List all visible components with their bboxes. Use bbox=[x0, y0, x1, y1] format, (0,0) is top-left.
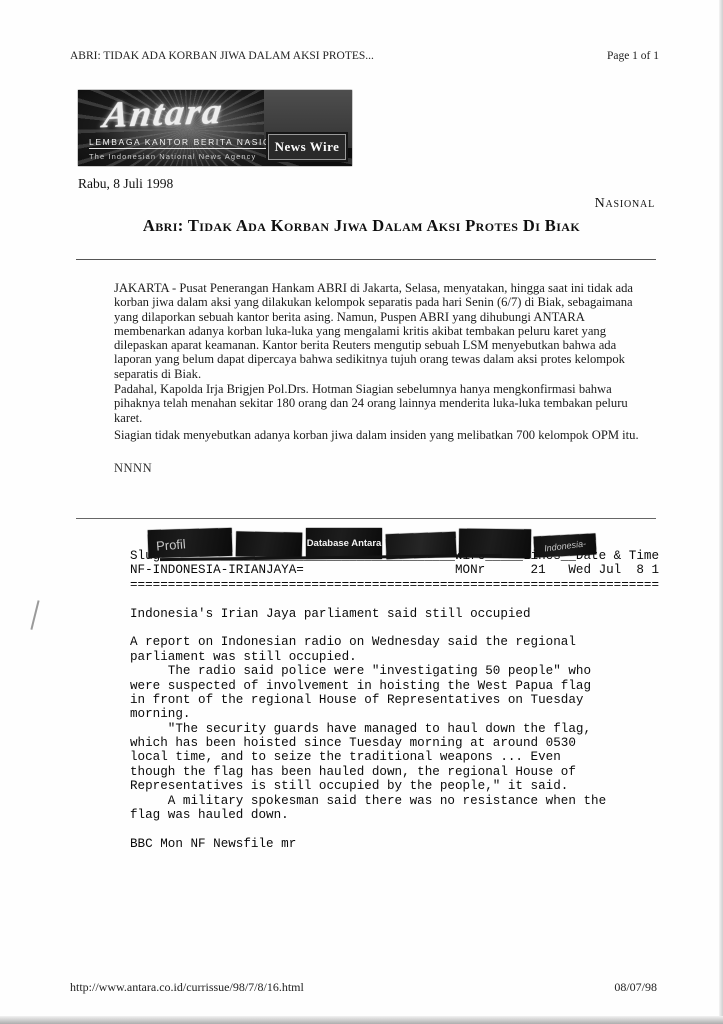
wire-clipping-text-block: Slug____________________________________… bbox=[130, 549, 659, 851]
scanned-nav-button-database-antara: Database Antara bbox=[306, 528, 382, 559]
print-date: 08/07/98 bbox=[614, 980, 657, 995]
article-paragraph: Siagian tidak menyebutkan adanya korban … bbox=[114, 428, 642, 442]
antara-script-wordmark: Antara bbox=[101, 90, 227, 137]
wire-text-line: were suspected of involvement in hoistin… bbox=[130, 679, 659, 693]
nav-button-label bbox=[236, 531, 302, 557]
antara-logo: Antara LEMBAGA KANTOR BERITA NASIONAL Th… bbox=[78, 90, 352, 166]
wire-text-line: which has been hoisted since Tuesday mor… bbox=[130, 736, 659, 750]
issue-date: Rabu, 8 Juli 1998 bbox=[78, 176, 173, 192]
scanned-nav-button bbox=[236, 531, 302, 557]
wire-text-line: local time, and to seize the traditional… bbox=[130, 750, 659, 764]
print-header-page-number: Page 1 of 1 bbox=[607, 50, 659, 62]
article-title: Abri: Tidak Ada Korban Jiwa Dalam Aksi P… bbox=[68, 216, 655, 236]
article-paragraph: Padahal, Kapolda Irja Brigjen Pol.Drs. H… bbox=[114, 382, 642, 425]
wire-sign-off-line: BBC Mon NF Newsfile mr bbox=[130, 837, 659, 851]
print-footer: http://www.antara.co.id/currissue/98/7/8… bbox=[70, 980, 657, 995]
section-label: Nasional bbox=[595, 196, 655, 212]
wire-text-line: The radio said police were "investigatin… bbox=[130, 664, 659, 678]
scan-artifact-mark bbox=[30, 600, 39, 629]
wire-text-line: ========================================… bbox=[130, 578, 659, 592]
wire-text-line bbox=[130, 822, 659, 836]
wire-text-line bbox=[130, 621, 659, 635]
wire-end-marker: NNNN bbox=[114, 461, 152, 476]
source-url: http://www.antara.co.id/currissue/98/7/8… bbox=[70, 980, 304, 995]
wire-headline: Indonesia's Irian Jaya parliament said s… bbox=[130, 607, 659, 621]
wire-text-line: NF-INDONESIA-IRIANJAYA= MONr 21 Wed Jul … bbox=[130, 563, 659, 577]
wire-text-line: flag was hauled down. bbox=[130, 808, 659, 822]
logo-agency-tagline: The Indonesian National News Agency bbox=[89, 152, 256, 161]
news-wire-badge: News Wire bbox=[268, 134, 346, 160]
print-header-title: ABRI: TIDAK ADA KORBAN JIWA DALAM AKSI P… bbox=[70, 50, 374, 62]
nav-button-label: Profil bbox=[148, 528, 233, 558]
wire-text-line: "The security guards have managed to hau… bbox=[130, 722, 659, 736]
scanned-nav-button-indonesia: Indonesia- bbox=[533, 533, 596, 557]
wire-text-line: morning. bbox=[130, 707, 659, 721]
nav-button-label: Database Antara bbox=[306, 528, 382, 559]
wire-text-line bbox=[130, 592, 659, 606]
clipping-divider-rule bbox=[76, 518, 656, 519]
title-divider-rule bbox=[76, 259, 656, 260]
print-header: ABRI: TIDAK ADA KORBAN JIWA DALAM AKSI P… bbox=[70, 50, 659, 62]
wire-text-line: Representatives is still occupied by the… bbox=[130, 779, 659, 793]
logo-agency-name: LEMBAGA KANTOR BERITA NASIONAL bbox=[89, 137, 293, 149]
article-paragraph: JAKARTA - Pusat Penerangan Hankam ABRI d… bbox=[114, 281, 642, 381]
scanned-document-page: ABRI: TIDAK ADA KORBAN JIWA DALAM AKSI P… bbox=[0, 0, 723, 1024]
scanned-nav-button-profil: Profil bbox=[148, 528, 233, 558]
wire-text-line: A report on Indonesian radio on Wednesda… bbox=[130, 635, 659, 649]
wire-text-line: parliament was still occupied. bbox=[130, 650, 659, 664]
wire-text-line: A military spokesman said there was no r… bbox=[130, 794, 659, 808]
wire-text-line: though the flag has been hauled down, th… bbox=[130, 765, 659, 779]
nav-button-label: Indonesia- bbox=[533, 533, 596, 557]
wire-text-line: in front of the regional House of Repres… bbox=[130, 693, 659, 707]
